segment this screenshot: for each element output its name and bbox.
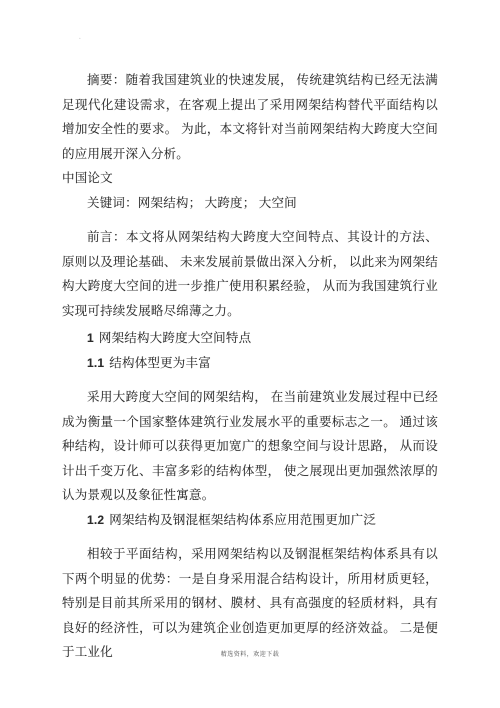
heading-1-2-title: 网架结构及钢混框架结构体系应用范围更加广泛 [109, 513, 376, 527]
body-paragraph-1-1: 采用大跨度大空间的网架结构， 在当前建筑业发展过程中已经成为衡量一个国家整体建筑… [62, 385, 438, 508]
smudge-mark: · [78, 34, 82, 45]
source-line: 中国论文 [62, 166, 438, 191]
document-page: 摘要：随着我国建筑业的快速发展， 传统建筑结构已经无法满足现代化建设需求，在客观… [62, 68, 438, 665]
heading-1-1: 1.1结构体型更为丰富 [62, 351, 438, 376]
keywords-line: 关键词：网架结构； 大跨度； 大空间 [62, 191, 438, 216]
heading-1-number: 1 [87, 331, 94, 345]
page-footer: 精选资料，欢迎下载 [0, 650, 500, 660]
abstract-paragraph: 摘要：随着我国建筑业的快速发展， 传统建筑结构已经无法满足现代化建设需求，在客观… [62, 68, 438, 166]
intro-paragraph: 前言：本文将从网架结构大跨度大空间特点、其设计的方法、原则以及理论基础、 未来发… [62, 225, 438, 323]
heading-1-2-number: 1.2 [87, 513, 104, 527]
heading-1-1-number: 1.1 [87, 356, 104, 370]
heading-1-1-title: 结构体型更为丰富 [109, 356, 211, 370]
heading-1-title: 网架结构大跨度大空间特点 [99, 331, 251, 345]
heading-1: 1网架结构大跨度大空间特点 [62, 326, 438, 351]
heading-1-2: 1.2网架结构及钢混框架结构体系应用范围更加广泛 [62, 508, 438, 533]
body-paragraph-1-2: 相较于平面结构，采用网架结构以及钢混框架结构体系具有以下两个明显的优势：一是自身… [62, 542, 438, 665]
